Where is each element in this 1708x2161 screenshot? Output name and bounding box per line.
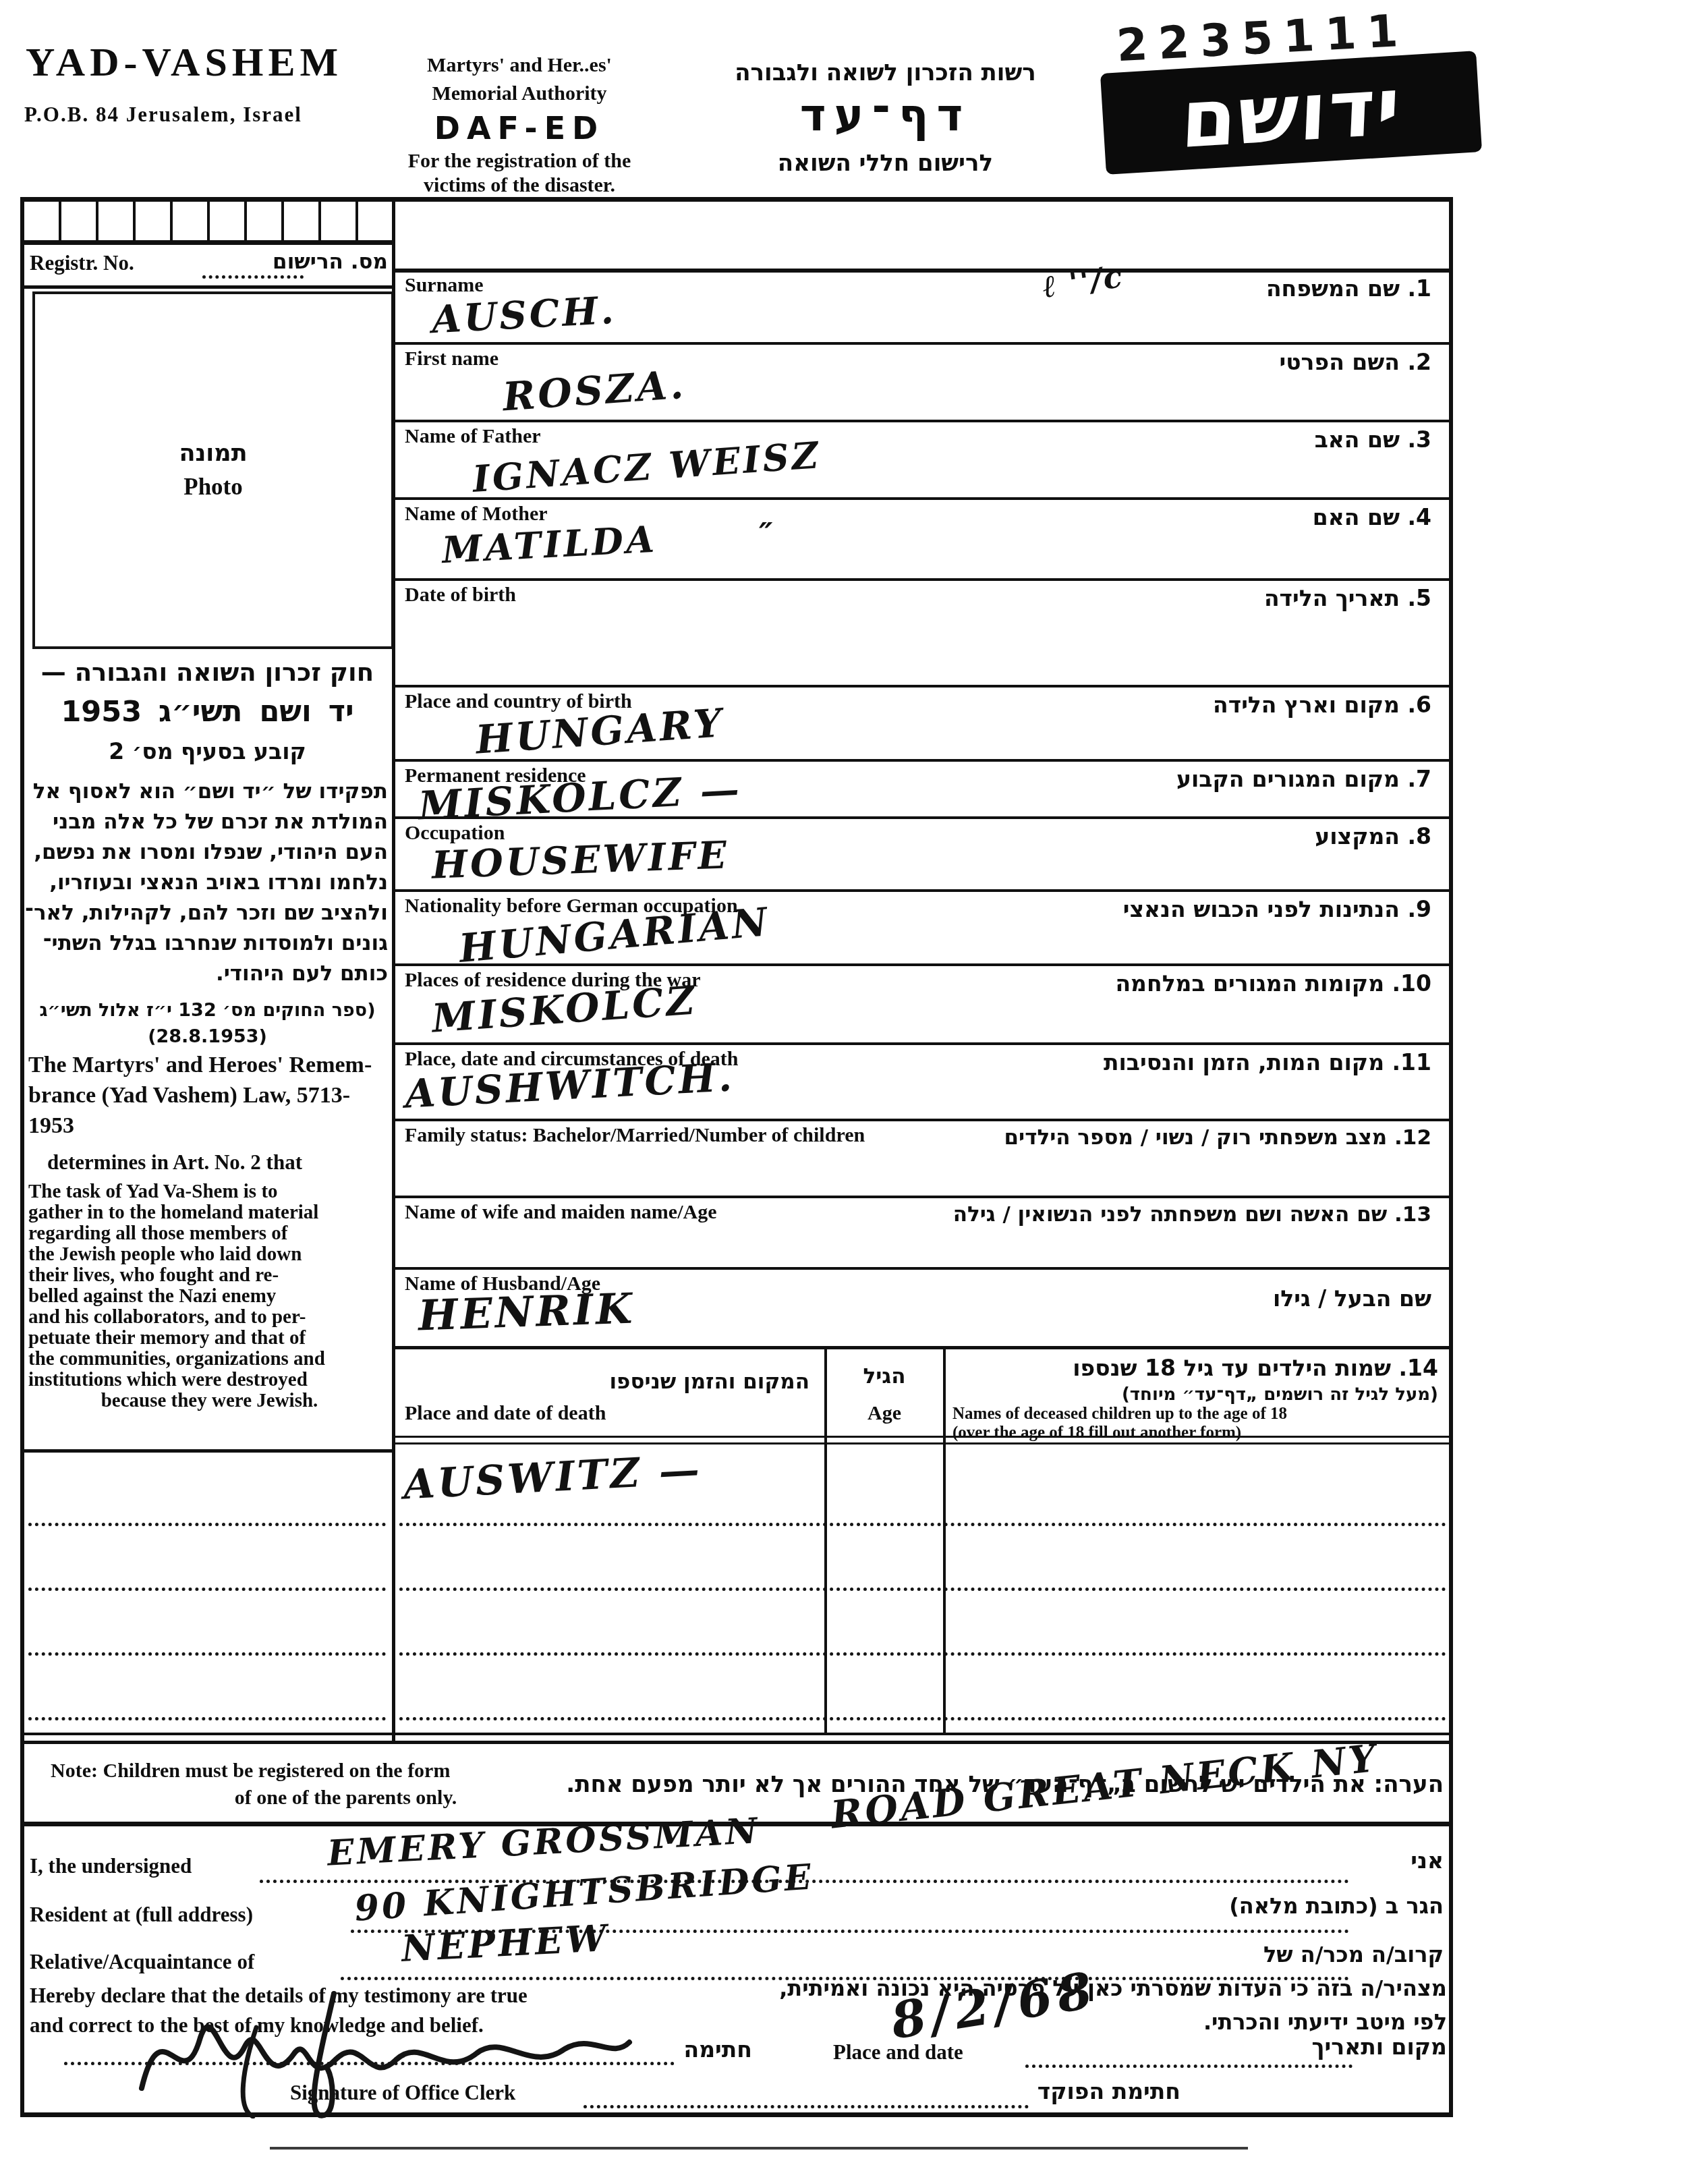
- hebrew-law-ref2: (28.8.1953): [27, 1026, 388, 1047]
- english-law-art-line: determines in Art. No. 2 that: [47, 1150, 391, 1175]
- row-line: [392, 1042, 1452, 1045]
- english-law-body-line: regarding all those members of: [28, 1223, 391, 1244]
- resident-label-he: הגר ב (כתובת מלאה): [1245, 1893, 1444, 1919]
- english-law-body-line: their lives, who fought and re-: [28, 1265, 391, 1286]
- column-divider-line: [392, 197, 395, 1743]
- row-line: [392, 1196, 1452, 1198]
- subtitle-line2: Memorial Authority: [378, 82, 661, 105]
- field-label-father: Name of Father: [405, 425, 541, 448]
- note-line1: Note: Children must be registered on the…: [51, 1760, 450, 1783]
- field-label-he-family-status: 12. מצב משפחתי רוק / נשוי / מספר הילדים: [877, 1125, 1431, 1150]
- hebrew-law-body-line: ולהציב שם וזכר להם, לקהילות, לאר־: [27, 898, 388, 928]
- field-label-he-residence: 7. מקום המגורים הקבוע: [877, 766, 1431, 792]
- field-label-he-surname: 1. שם המשפחה: [877, 275, 1431, 302]
- field-label-wife-name: Name of wife and maiden name/Age: [405, 1201, 716, 1224]
- registr-no-label-he: מס. הרישום: [297, 250, 388, 274]
- table-header-double-line: [392, 1442, 1452, 1444]
- bottom-faint-line: [270, 2147, 1248, 2150]
- hebrew-law-title2: יד ושם תשי״ג 1953: [27, 695, 388, 729]
- children-header-en2: (over the age of 18 fill out another for…: [952, 1424, 1241, 1442]
- relative-label: Relative/Acquaintance of: [30, 1950, 254, 1974]
- hebrew-form-name: דף־עד: [702, 89, 1069, 141]
- english-law-body-line: the Jewish people who laid down: [28, 1244, 391, 1265]
- row-line: [392, 963, 1452, 966]
- hebrew-authority: רשות הזכרון לשואה ולגבורה: [702, 59, 1069, 86]
- field-value-first-name: ROSZA.: [501, 362, 687, 420]
- table-bottom-double-line: [20, 1733, 1453, 1735]
- photo-label-en: Photo: [183, 474, 243, 501]
- witness-signature: [125, 1987, 658, 2118]
- registr-no-dotted-line: [202, 275, 304, 279]
- english-law-body-line: belled against the Nazi enemy: [28, 1286, 391, 1307]
- row-line: [392, 578, 1452, 581]
- table-dotted-row: [399, 1652, 1446, 1656]
- field-label-he-first-name: 2. השם הפרטי: [877, 349, 1431, 375]
- field-value-husband-name: HENRIK: [418, 1283, 635, 1340]
- hebrew-law-title1: חוק זכרון השואה והגבורה —: [27, 658, 388, 687]
- left-column-dotted-row: [28, 1717, 386, 1720]
- daf-ed-registration-form: YAD-VASHEM P.O.B. 84 Jerusalem, Israel M…: [0, 0, 1708, 2161]
- hebrew-purpose: לרישום חללי השואה: [702, 150, 1069, 177]
- clerk-signature-label-he: חתימת הפוקד: [1039, 2078, 1180, 2104]
- purpose-line1: For the registration of the: [378, 150, 661, 173]
- hebrew-law-body-line: נלחמו ומרדו באויב הנאצי ובעוזריו,: [27, 868, 388, 898]
- english-law-body-line: gather in to the homeland material: [28, 1202, 391, 1223]
- age-column-header-en: Age: [827, 1402, 942, 1425]
- field-label-he-death-place: 11. מקום המות, הזמן והנסיבות: [877, 1049, 1431, 1075]
- field-value-surname: AUSCH.: [430, 288, 617, 342]
- row-line: [392, 889, 1452, 892]
- field-label-he-nationality: 9. הנתינות לפני הכבוש הנאצי: [877, 896, 1431, 922]
- row-line: [392, 420, 1452, 422]
- relative-dotted-line: [341, 1977, 1349, 1980]
- field-label-he-husband-name: שם הבעל / גילו: [877, 1285, 1431, 1312]
- field-value-occupation: HOUSEWIFE: [431, 833, 730, 887]
- age-column-header-he: הגיל: [827, 1364, 942, 1388]
- hebrew-law-body-line: תפקידו של ״יד ושם״ הוא לאסוף אל: [27, 777, 388, 807]
- field-label-he-mother: 4. שם האם: [877, 504, 1431, 530]
- english-law-body-line: the communities, organizations and: [28, 1349, 391, 1370]
- place-date-value: 8/2/68: [887, 1961, 1102, 2050]
- field-label-he-birth-date: 5. תאריך הלידה: [877, 585, 1431, 611]
- photo-box: תמונה Photo: [32, 291, 394, 649]
- left-column-dotted-row: [28, 1588, 386, 1591]
- table-bottom-double-line: [20, 1741, 1453, 1744]
- english-law-body-line: institutions which were destroyed: [28, 1370, 391, 1391]
- left-column-law-bottom-line: [20, 1449, 392, 1453]
- org-title: YAD-VASHEM: [26, 39, 343, 86]
- place-column-header-en: Place and date of death: [405, 1402, 606, 1425]
- table-column-line: [943, 1348, 946, 1733]
- registr-row-bottom-line: [20, 285, 392, 289]
- box-top-line: [20, 197, 1453, 202]
- box-right-line: [1449, 197, 1453, 2117]
- field-label-surname: Surname: [405, 274, 484, 297]
- registration-number-cells: [24, 202, 392, 245]
- row-line: [392, 1119, 1452, 1121]
- photo-label-he: תמונה: [179, 440, 247, 467]
- field-label-birth-date: Date of birth: [405, 584, 516, 607]
- box-left-line: [20, 197, 24, 2117]
- undersigned-label-he: אני: [1342, 1847, 1444, 1874]
- signature-label-he: חתימה: [675, 2036, 752, 2062]
- field-label-first-name: First name: [405, 347, 499, 370]
- form-name: DAF-ED: [378, 110, 661, 146]
- children-header-he2: (מעל לגיל זה רושמים „דף־עד״ מיוחד): [951, 1384, 1438, 1405]
- children-header-he1: 14. שמות הילדים עד גיל 18 שנספו: [951, 1355, 1438, 1381]
- left-column-dotted-row: [28, 1523, 386, 1526]
- row-line: [392, 685, 1452, 687]
- english-law-body-line: and his collaborators, and to per-: [28, 1307, 391, 1328]
- hebrew-law-title3: קובע בסעיף מס׳ 2: [27, 738, 388, 764]
- english-law-body-line: petuate their memory and that of: [28, 1328, 391, 1349]
- yad-vashem-logo-text: ידושם: [1179, 59, 1403, 167]
- field-label-family-status: Family status: Bachelor/Married/Number o…: [405, 1124, 865, 1147]
- org-address: P.O.B. 84 Jerusalem, Israel: [24, 103, 302, 127]
- relative-label-he: קרוב/ה מכר/ה של: [1245, 1942, 1444, 1967]
- row-line: [392, 269, 1452, 273]
- children-header-en1: Names of deceased children up to the age…: [952, 1405, 1287, 1424]
- english-law-body-line: because they were Jewish.: [28, 1391, 391, 1411]
- purpose-line2: victims of the disaster.: [378, 174, 661, 197]
- table-dotted-row: [399, 1588, 1446, 1591]
- english-law-title-line: The Martyrs' and Heroes' Remem-: [28, 1050, 391, 1080]
- english-law-block: The Martyrs' and Heroes' Remem- brance (…: [28, 1050, 391, 1411]
- row-line: [392, 1267, 1452, 1270]
- note-line2: of one of the parents only.: [51, 1787, 641, 1809]
- place-date-dotted-line: [1025, 2065, 1353, 2068]
- left-column-dotted-row: [28, 1652, 386, 1656]
- table-dotted-row: [399, 1717, 1446, 1720]
- hebrew-law-body-line: גונים ולמוסדות שנחרבו בגלל השתי־: [27, 928, 388, 959]
- table-dotted-row: [399, 1523, 1446, 1526]
- english-law-body-line: The task of Yad Va-Shem is to: [28, 1181, 391, 1202]
- field-label-mother: Name of Mother: [405, 503, 548, 526]
- resident-label: Resident at (full address): [30, 1903, 253, 1927]
- row-line: [392, 759, 1452, 762]
- hebrew-law-block: חוק זכרון השואה והגבורה — יד ושם תשי״ג 1…: [27, 658, 388, 1047]
- row-line: [392, 342, 1452, 345]
- field-label-he-wife-name: 13. שם האשה ושם משפחתה לפני הנשואין / גי…: [877, 1202, 1431, 1227]
- place-date-label-he: מקום ותאריך: [1315, 2033, 1447, 2060]
- field-label-he-occupation: 8. המקצוע: [877, 823, 1431, 849]
- field-label-he-war-residence: 10. מקומות המגורים במלחמה: [877, 970, 1431, 997]
- field-label-he-father: 3. שם האב: [877, 426, 1431, 453]
- registr-no-label: Registr. No.: [30, 251, 134, 275]
- undersigned-label: I, the undersigned: [30, 1854, 192, 1878]
- table-header-double-line: [392, 1436, 1452, 1438]
- hebrew-law-ref1: (ספר החוקים מס׳ 132 י״ז אלול תשי״ג: [27, 1000, 388, 1021]
- row-line: [392, 1346, 1452, 1349]
- subtitle-line1: Martyrs' and Her..es': [378, 54, 661, 77]
- hebrew-law-body-line: המולדת את זכרם של כל אלה מבני: [27, 807, 388, 837]
- field-value-mother-ditto: ″: [759, 516, 776, 553]
- children-entry-place: AUSWITZ —: [402, 1446, 703, 1509]
- hebrew-law-body-line: העם היהודי, שנפלו ומסרו את נפשם,: [27, 837, 388, 868]
- english-law-title-line: 1953: [28, 1111, 391, 1141]
- table-column-line: [824, 1348, 827, 1733]
- field-label-he-birth-place: 6. מקום וארץ הלידה: [877, 692, 1431, 718]
- hebrew-law-body-line: כותם לעם היהודי.: [27, 959, 388, 989]
- english-law-title-line: brance (Yad Vashem) Law, 5713-: [28, 1080, 391, 1111]
- row-line: [392, 497, 1452, 500]
- relative-value: NEPHEW: [401, 1916, 610, 1970]
- place-column-header-he: המקום והזמן שניספו: [405, 1370, 809, 1394]
